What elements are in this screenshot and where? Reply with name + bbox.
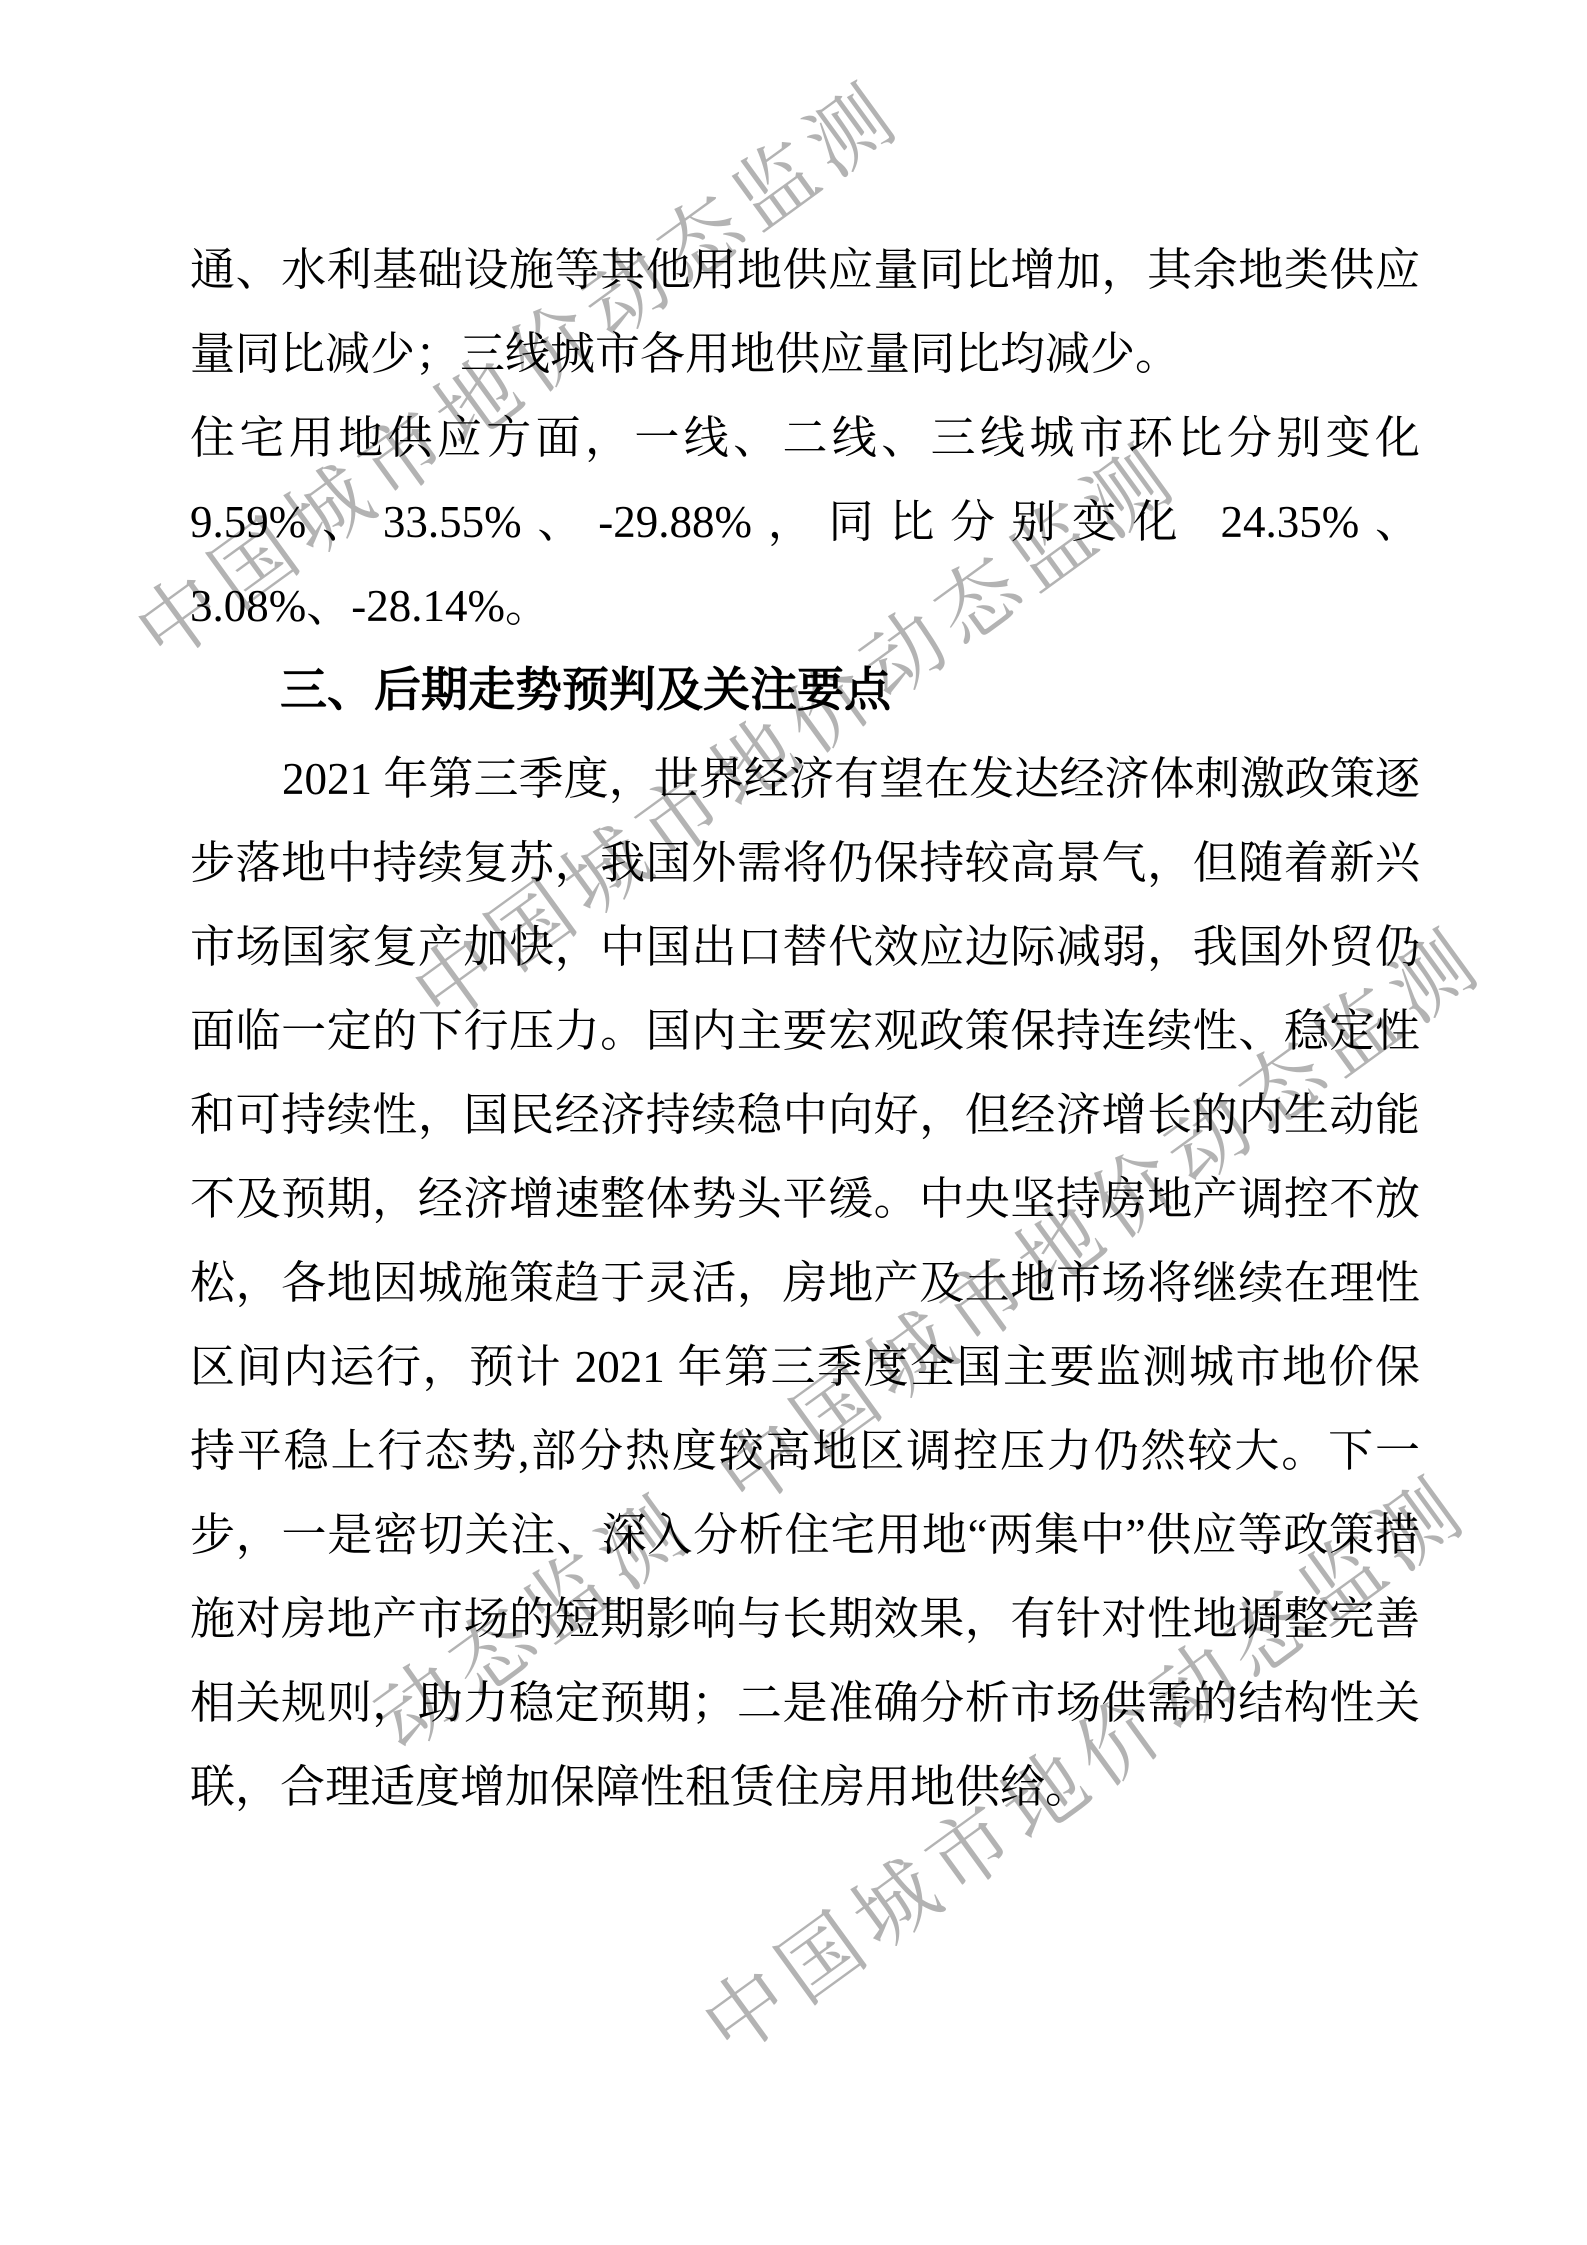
paragraph-residential-land-supply: 住宅用地供应方面，一线、二线、三线城市环比分别变化 9.59%、33.55%、-… [190,396,1420,648]
paragraph-outlook-analysis: 2021 年第三季度，世界经济有望在发达经济体刺激政策逐步落地中持续复苏，我国外… [190,737,1420,1829]
section-heading-outlook: 三、后期走势预判及关注要点 [190,648,1420,732]
document-page: { "page": { "background_color": "#ffffff… [0,0,1587,2245]
paragraph-other-land-supply: 通、水利基础设施等其他用地供应量同比增加，其余地类供应量同比减少；三线城市各用地… [190,228,1420,396]
document-body: 通、水利基础设施等其他用地供应量同比增加，其余地类供应量同比减少；三线城市各用地… [190,228,1420,1829]
